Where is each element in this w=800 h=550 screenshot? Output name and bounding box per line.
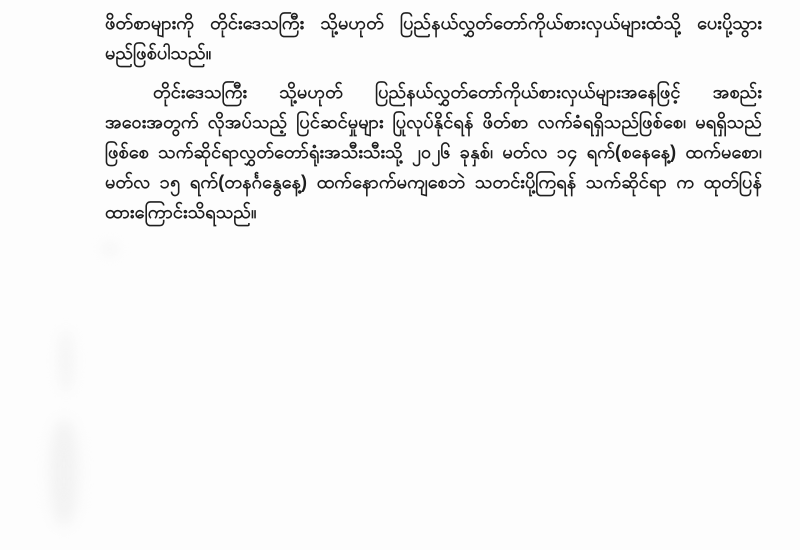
text-line: မည်ဖြစ်ပါသည်။ <box>105 38 762 68</box>
text-line: မတ်လ ၁၅ ရက်(တနင်္ဂနွေနေ့) ထက်နောက်မကျစေဘ… <box>105 167 762 197</box>
text-line: ဖြစ်စေ သက်ဆိုင်ရာလွှတ်တော်ရုံးအသီးသီးသို… <box>105 137 762 167</box>
text-line: ဖိတ်စာများကို တိုင်းဒေသကြီး သို့မဟုတ် ပြ… <box>105 8 762 38</box>
text-line: တိုင်းဒေသကြီး သို့မဟုတ် ပြည်နယ်လွှတ်တော်… <box>105 77 762 107</box>
scan-artifact <box>50 420 78 525</box>
text-line: အဝေးအတွက် လိုအပ်သည့် ပြင်ဆင်မှုများ ပြုလ… <box>105 107 762 137</box>
paragraph: ဖိတ်စာများကို တိုင်းဒေသကြီး သို့မဟုတ် ပြ… <box>105 8 762 68</box>
scanned-document-page: ဖိတ်စာများကို တိုင်းဒေသကြီး သို့မဟုတ် ပြ… <box>0 0 800 550</box>
text-line: ထားကြောင်းသိရသည်။ <box>105 197 762 227</box>
document-text-block: ဖိတ်စာများကို တိုင်းဒေသကြီး သို့မဟုတ် ပြ… <box>105 8 762 227</box>
scan-artifact <box>100 240 120 258</box>
paragraph: တိုင်းဒေသကြီး သို့မဟုတ် ပြည်နယ်လွှတ်တော်… <box>105 77 762 227</box>
scan-artifact <box>58 330 74 392</box>
